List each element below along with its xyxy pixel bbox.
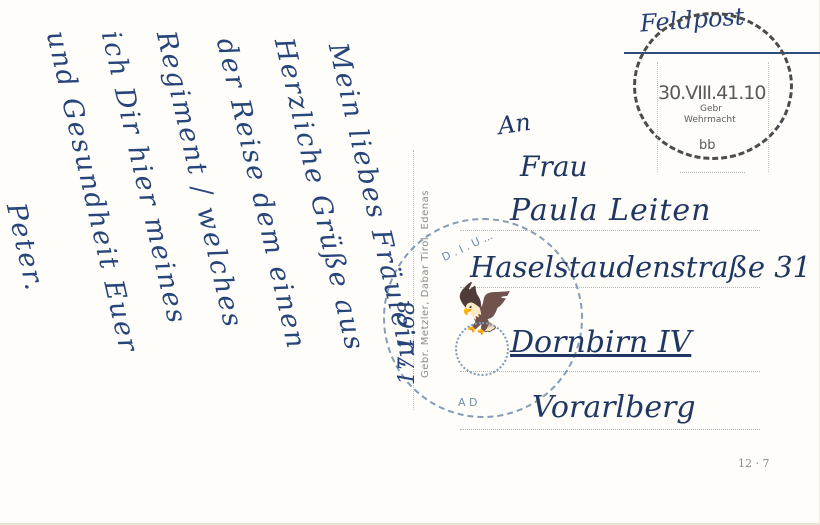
address-street: Haselstaudenstraße 31 <box>470 250 811 284</box>
postmark-date: 30.VIII.41.10 <box>658 82 765 104</box>
card-code: 12 · 7 <box>738 457 770 470</box>
message-signature: Peter. <box>0 200 50 295</box>
address-salutation: Frau <box>520 150 588 183</box>
address-city: Dornbirn IV <box>510 325 691 360</box>
unit-stamp-ring-text-bottom: A D <box>458 396 478 409</box>
stamp-box-bottom <box>680 172 745 173</box>
postmark-bottom-text: bb <box>699 138 716 153</box>
stamp-box-left <box>657 62 658 172</box>
address-prefix: An <box>496 108 532 140</box>
postmark-center-text: Gebr <box>700 104 722 114</box>
postcard: Feldpost 30.VIII.41.10 Gebr Wehrmacht bb… <box>0 0 820 525</box>
address-region: Vorarlberg <box>532 390 696 425</box>
sender-note: 17.1.68 <box>395 301 420 385</box>
stamp-box-right <box>768 62 769 172</box>
address-name: Paula Leiten <box>510 193 711 228</box>
wreath-icon <box>455 322 509 376</box>
postmark-center-text-2: Wehrmacht <box>684 115 736 125</box>
address-line-4 <box>460 429 760 430</box>
